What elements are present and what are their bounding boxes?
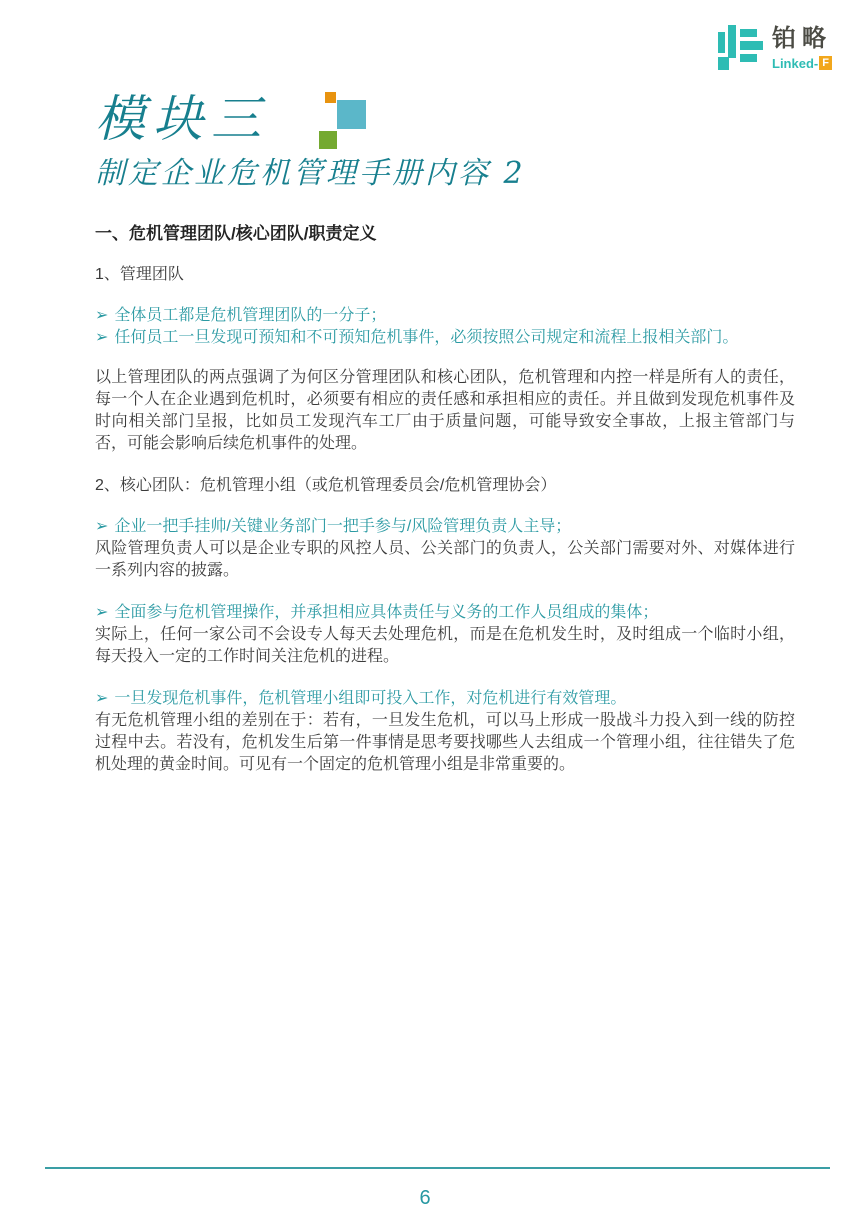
bullet-section: ➢ 一旦发现危机事件，危机管理小组即可投入工作，对危机进行有效管理。 有无危机管… [95,688,795,776]
numbered-item-1: 1、管理团队 [95,264,795,285]
bullet-item: ➢ 企业一把手挂帅/关键业务部门一把手参与/风险管理负责人主导； [95,516,795,538]
arrow-bullet-icon: ➢ [95,516,108,538]
bullet-section: ➢ 企业一把手挂帅/关键业务部门一把手参与/风险管理负责人主导； 风险管理负责人… [95,516,795,582]
bullet-item: ➢ 全面参与危机管理操作，并承担相应具体责任与义务的工作人员组成的集体； [95,602,795,624]
bullet-text: 任何员工一旦发现可预知和不可预知危机事件，必须按照公司规定和流程上报相关部门。 [114,327,738,349]
title-block: 模块三 制定企业危机管理手册内容 2 [0,0,850,193]
document-page: 铂略 Linked- F 模块三 制定企业危机管理手册内容 2 一、危机管理团队… [0,0,850,1228]
bullet-text: 全面参与危机管理操作，并承担相应具体责任与义务的工作人员组成的集体； [114,602,658,624]
paragraph: 有无危机管理小组的差别在于：若有，一旦发生危机，可以马上形成一股战斗力投入到一线… [95,710,795,776]
footer-divider [45,1167,830,1169]
page-subtitle: 制定企业危机管理手册内容 2 [95,155,850,193]
bullet-section: ➢ 全面参与危机管理操作，并承担相应具体责任与义务的工作人员组成的集体； 实际上… [95,602,795,668]
bullet-text: 全体员工都是危机管理团队的一分子； [114,305,386,327]
arrow-bullet-icon: ➢ [95,602,108,624]
paragraph: 风险管理负责人可以是企业专职的风控人员、公关部门的负责人，公关部门需要对外、对媒… [95,538,795,582]
document-content: 一、危机管理团队/核心团队/职责定义 1、管理团队 ➢ 全体员工都是危机管理团队… [95,223,795,776]
bullet-item: ➢ 一旦发现危机事件，危机管理小组即可投入工作，对危机进行有效管理。 [95,688,795,710]
module-title: 模块三 [95,92,850,147]
bullet-item: ➢ 任何员工一旦发现可预知和不可预知危机事件，必须按照公司规定和流程上报相关部门… [95,327,795,349]
paragraph: 实际上，任何一家公司不会设专人每天去处理危机，而是在危机发生时，及时组成一个临时… [95,624,795,668]
numbered-item-2: 2、核心团队：危机管理小组（或危机管理委员会/危机管理协会） [95,475,795,496]
arrow-bullet-icon: ➢ [95,327,108,349]
section-heading: 一、危机管理团队/核心团队/职责定义 [95,223,795,244]
bullet-item: ➢ 全体员工都是危机管理团队的一分子； [95,305,795,327]
paragraph: 以上管理团队的两点强调了为何区分管理团队和核心团队，危机管理和内控一样是所有人的… [95,367,795,455]
bullet-text: 企业一把手挂帅/关键业务部门一把手参与/风险管理负责人主导； [114,516,571,538]
bullet-group-1: ➢ 全体员工都是危机管理团队的一分子； ➢ 任何员工一旦发现可预知和不可预知危机… [95,305,795,349]
page-number: 6 [0,1187,850,1210]
bullet-text: 一旦发现危机事件，危机管理小组即可投入工作，对危机进行有效管理。 [114,688,626,710]
arrow-bullet-icon: ➢ [95,305,108,327]
arrow-bullet-icon: ➢ [95,688,108,710]
